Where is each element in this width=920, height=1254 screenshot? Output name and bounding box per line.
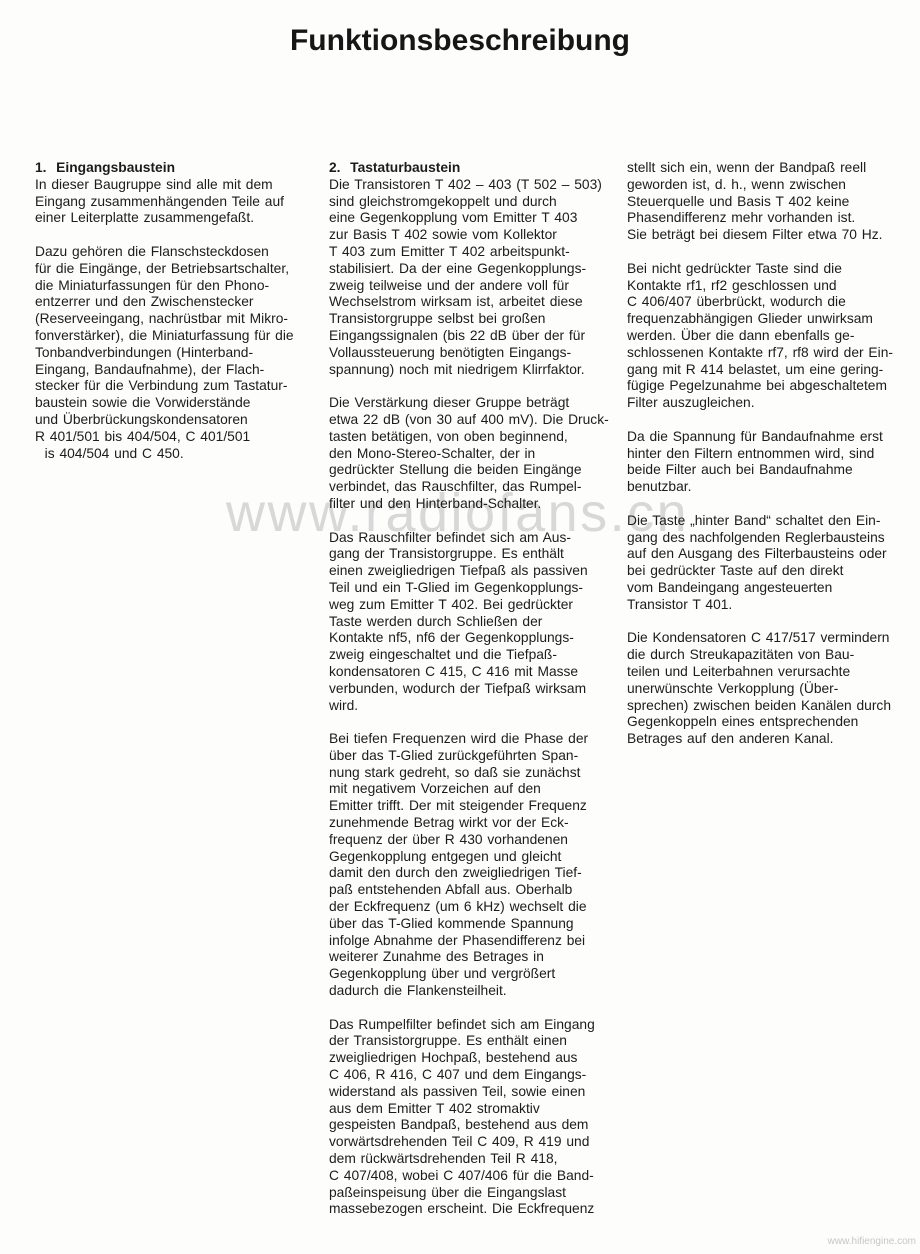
- column-2-tastaturbaustein: 2. Tastaturbaustein Die Transistoren T 4…: [329, 160, 621, 1218]
- paragraph: Das Rumpelfilter befindet sich am Eingan…: [329, 1017, 621, 1219]
- paragraph: Die Kondensatoren C 417/517 vermindern d…: [627, 630, 919, 748]
- paragraph: Bei tiefen Frequenzen wird die Phase der…: [329, 731, 621, 1000]
- paragraph: stellt sich ein, wenn der Bandpaß reell …: [627, 160, 919, 244]
- paragraph: Dazu gehören die Flanschsteckdosen für d…: [35, 244, 327, 462]
- paragraph: Das Rauschfilter befindet sich am Aus- g…: [329, 530, 621, 715]
- paragraph: Die Taste „hinter Band“ schaltet den Ein…: [627, 513, 919, 614]
- paragraph: Da die Spannung für Bandaufnahme erst hi…: [627, 429, 919, 496]
- page-title: Funktionsbeschreibung: [0, 24, 920, 58]
- column-1-eingangsbaustein: 1. Eingangsbaustein In dieser Baugruppe …: [35, 160, 327, 462]
- paragraph: Die Verstärkung dieser Gruppe beträgt et…: [329, 395, 621, 513]
- section-heading-1: 1. Eingangsbaustein: [35, 160, 327, 177]
- document-page: Funktionsbeschreibung www.radiofans.cn 1…: [0, 0, 920, 1254]
- section-heading-2: 2. Tastaturbaustein: [329, 160, 621, 177]
- watermark-hifiengine: www.hifiengine.com: [828, 1236, 916, 1247]
- paragraph: Die Transistoren T 402 – 403 (T 502 – 50…: [329, 177, 621, 379]
- paragraph: Bei nicht gedrückter Taste sind die Kont…: [627, 261, 919, 412]
- paragraph: In dieser Baugruppe sind alle mit dem Ei…: [35, 177, 327, 227]
- column-3-continuation: stellt sich ein, wenn der Bandpaß reell …: [627, 160, 919, 748]
